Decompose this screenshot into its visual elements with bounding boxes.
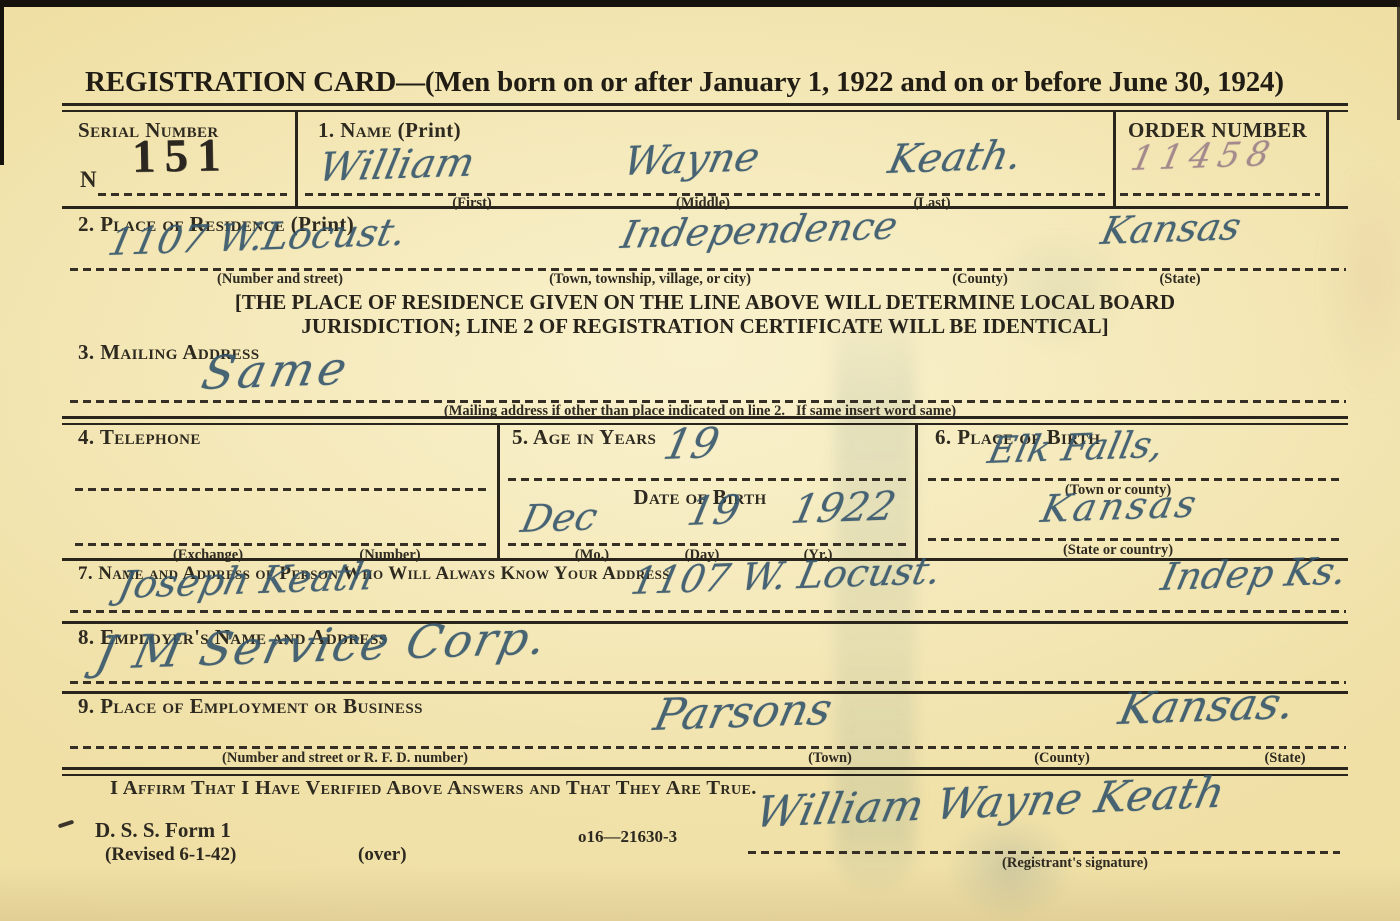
birthplace-state-line bbox=[928, 538, 1344, 541]
contact-city-handwriting: Indep Ks. bbox=[1158, 552, 1350, 596]
residence-town-handwriting: Independence bbox=[618, 207, 901, 254]
smudge-right-edge bbox=[1320, 160, 1400, 400]
registration-card: REGISTRATION CARD—(Men born on or after … bbox=[0, 0, 1400, 921]
birthplace-town-line bbox=[928, 478, 1344, 481]
employment-sub-state: (State) bbox=[1264, 751, 1305, 766]
dob-sub-month: (Mo.) bbox=[575, 548, 609, 563]
name-sub-last: (Last) bbox=[913, 196, 950, 211]
signature-line bbox=[748, 851, 1340, 854]
dob-month-handwriting: Dec bbox=[518, 497, 601, 538]
footer-over: (over) bbox=[358, 845, 407, 864]
serial-prefix: N bbox=[80, 168, 97, 191]
residence-sub-street: (Number and street) bbox=[217, 272, 343, 287]
employment-label: 9. Place of Employment or Business bbox=[78, 696, 423, 717]
employment-writing-line bbox=[70, 746, 1346, 749]
border-order-right bbox=[1326, 111, 1329, 207]
mailing-value-handwriting: Same bbox=[198, 345, 355, 396]
serial-number-value: 151 bbox=[132, 132, 230, 181]
birthplace-town-handwriting: Elk Falls, bbox=[985, 426, 1167, 469]
rule-under-title bbox=[62, 103, 1348, 112]
registrant-signature-handwriting: William Wayne Keath bbox=[752, 772, 1228, 835]
residence-sub-town: (Town, township, village, or city) bbox=[549, 272, 751, 287]
name-sub-first: (First) bbox=[452, 196, 491, 211]
age-writing-line bbox=[508, 478, 906, 481]
residence-sub-county: (County) bbox=[952, 272, 1008, 287]
footer-print-code: o16—21630-3 bbox=[578, 828, 677, 845]
residence-street-handwriting: 1107 W.Locust. bbox=[105, 213, 410, 261]
order-number-value: 11458 bbox=[1128, 137, 1280, 176]
jurisdiction-note-line1: [THE PLACE OF RESIDENCE GIVEN ON THE LIN… bbox=[62, 292, 1348, 313]
name-label-main: 1. Name bbox=[318, 118, 392, 142]
employer-value-handwriting: J M Service Corp. bbox=[92, 614, 552, 676]
jurisdiction-note-line2: JURISDICTION; LINE 2 OF REGISTRATION CER… bbox=[62, 316, 1348, 337]
telephone-line2 bbox=[75, 543, 488, 546]
pencil-mark bbox=[58, 820, 74, 829]
scan-edge-top bbox=[0, 0, 1400, 7]
name-middle-handwriting: Wayne bbox=[620, 137, 763, 182]
name-label: 1. Name (Print) bbox=[318, 120, 461, 141]
employment-town-handwriting: Parsons bbox=[650, 688, 836, 738]
employment-sub-street: (Number and street or R. F. D. number) bbox=[222, 751, 468, 766]
employment-sub-county: (County) bbox=[1034, 751, 1090, 766]
contact-name-handwriting: Joseph Keath bbox=[115, 557, 378, 604]
name-last-handwriting: Keath. bbox=[885, 135, 1026, 180]
signature-sub-label: (Registrant's signature) bbox=[1002, 856, 1148, 871]
name-first-handwriting: William bbox=[315, 143, 478, 188]
telephone-label: 4. Telephone bbox=[78, 427, 201, 448]
name-label-suffix: (Print) bbox=[398, 118, 461, 142]
serial-writing-line bbox=[98, 193, 287, 196]
card-title: REGISTRATION CARD—(Men born on or after … bbox=[85, 66, 1284, 99]
affirmation-text: I Affirm That I Have Verified Above Answ… bbox=[110, 778, 757, 799]
employment-sub-town: (Town) bbox=[808, 751, 852, 766]
telephone-line1 bbox=[75, 488, 488, 491]
name-sub-middle: (Middle) bbox=[676, 196, 730, 211]
footer-revised: (Revised 6-1-42) bbox=[105, 845, 236, 864]
divider-name-order bbox=[1113, 111, 1116, 207]
divider-phone-age bbox=[497, 423, 500, 558]
footer-form-number: D. S. S. Form 1 bbox=[95, 820, 231, 841]
scan-edge-left bbox=[0, 0, 4, 165]
age-label: 5. Age in Years bbox=[512, 427, 656, 448]
birthplace-state-handwriting: Kansas bbox=[1038, 485, 1203, 528]
dob-writing-line bbox=[508, 543, 906, 546]
divider-age-birth bbox=[915, 423, 918, 558]
contact-writing-line bbox=[70, 610, 1346, 613]
contact-address-handwriting: 1107 W. Locust. bbox=[628, 551, 945, 600]
dob-day-handwriting: 19 bbox=[684, 490, 744, 532]
birthplace-sub-state: (State or country) bbox=[1063, 543, 1173, 558]
order-writing-line bbox=[1120, 193, 1320, 196]
divider-serial-name bbox=[295, 111, 298, 207]
dob-year-handwriting: 1922 bbox=[788, 486, 899, 530]
employment-state-handwriting: Kansas. bbox=[1115, 682, 1299, 732]
residence-state-handwriting: Kansas bbox=[1098, 207, 1244, 250]
age-value-handwriting: 19 bbox=[660, 422, 723, 466]
residence-sub-state: (State) bbox=[1159, 272, 1200, 287]
